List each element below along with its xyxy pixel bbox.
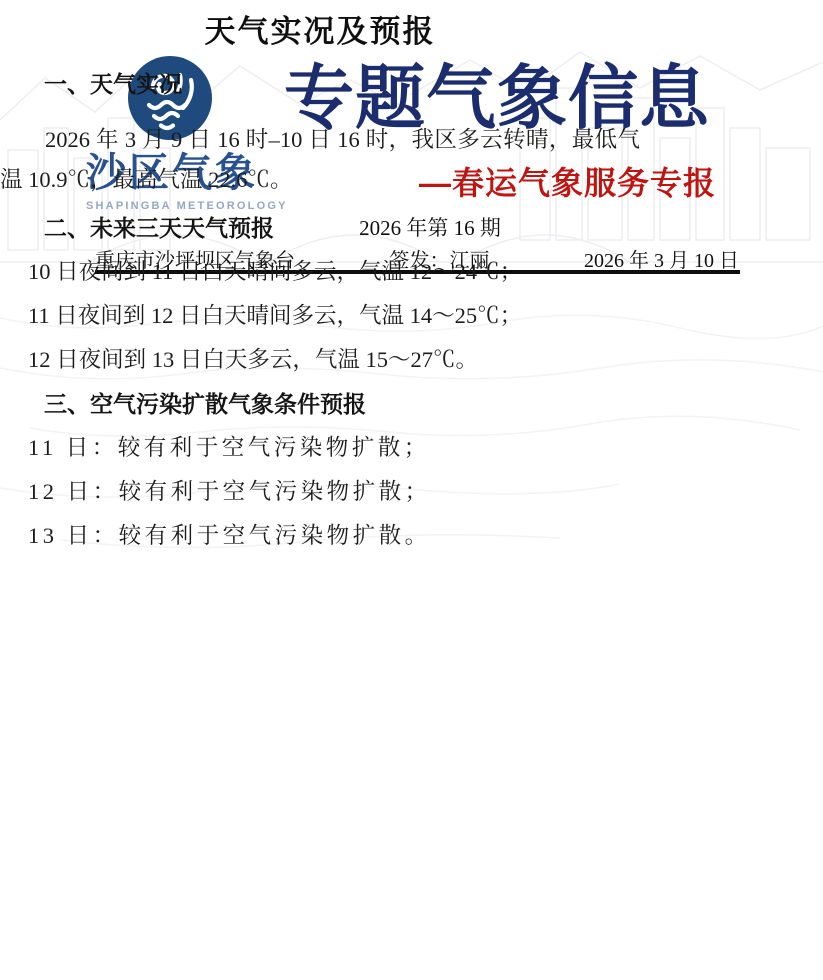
forecast-line: 10 日夜间到 11 日白天晴间多云，气温 12～24℃； [0,250,640,294]
forecast-line: 12 日夜间到 13 日白天多云，气温 15～27℃。 [0,338,640,382]
section-1-heading: 一、天气实况 [0,62,640,106]
air-quality-line: 13 日：较有利于空气污染物扩散。 [0,514,640,558]
section-1-paragraph: 2026 年 3 月 9 日 16 时–10 日 16 时，我区多云转晴，最低气… [0,120,640,200]
section-2-heading: 二、未来三天天气预报 [0,206,640,250]
document-title: 天气实况及预报 [0,10,640,54]
section-3-heading: 三、空气污染扩散气象条件预报 [0,382,640,426]
air-quality-line: 11 日：较有利于空气污染物扩散； [0,426,640,470]
air-quality-line: 12 日：较有利于空气污染物扩散； [0,470,640,514]
document-body: 天气实况及预报 一、天气实况 2026 年 3 月 9 日 16 时–10 日 … [0,0,640,558]
bulletin-page: 沙区气象 SHAPINGBA METEOROLOGY 专题气象信息 —春运气象服… [0,0,823,980]
forecast-line: 11 日夜间到 12 日白天晴间多云，气温 14～25℃； [0,294,640,338]
